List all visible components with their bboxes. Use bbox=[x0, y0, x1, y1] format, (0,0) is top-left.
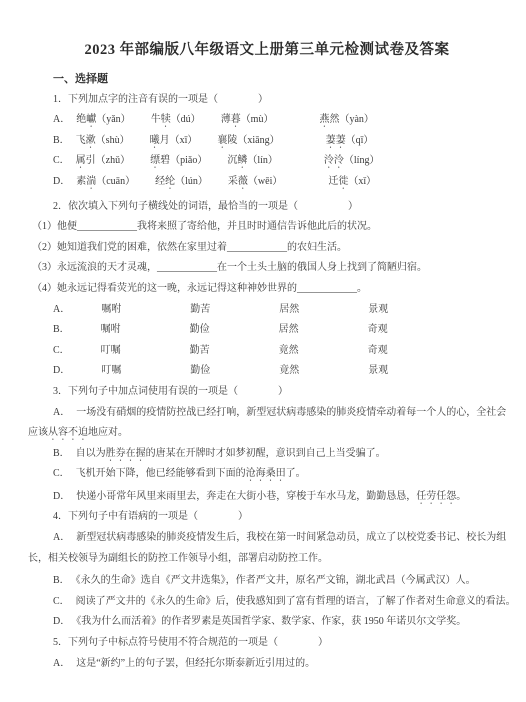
term: 素湍（cuān） bbox=[76, 176, 135, 187]
term-text: 绝 bbox=[76, 114, 86, 125]
option-label: D． bbox=[53, 491, 70, 502]
option-label: C． bbox=[53, 468, 70, 479]
test-paper-page: 2023 年部编版八年级语文上册第三单元检测试卷及答案 一、选择题 1．下列加点… bbox=[0, 0, 526, 702]
term: 绝巘（yǎn） bbox=[76, 114, 130, 125]
q2-stem: 2．依次填入下列句子横线处的词语，最恰当的一项是（ ） bbox=[28, 197, 520, 218]
q4-option-b: B．《永久的生命》选自《严文井选集》，作者严文井，原名严文锦，湖北武昌（今属武汉… bbox=[28, 571, 520, 592]
term-pinyin: （lín） bbox=[247, 155, 278, 166]
term-text: 经 bbox=[155, 176, 165, 187]
word-choice: 勤苦 bbox=[165, 341, 210, 362]
dotted-char: 泠泠 bbox=[324, 155, 344, 166]
term: 萋萋（qī） bbox=[326, 135, 374, 146]
option-text: 长，相关校领导为副组长的防控工作领导小组，部署启动防控工作。 bbox=[28, 553, 328, 564]
option-text: 新型冠状病毒感染的肺炎疫情发生后，我校在第一时间紧急动员，成立了以校党委书记、校… bbox=[76, 532, 506, 543]
option-text: 这是“新约”上的句子罢，但经托尔斯泰新近引用过的。 bbox=[76, 658, 315, 669]
option-label: D． bbox=[53, 616, 70, 627]
term: 经纶（lún） bbox=[155, 176, 208, 187]
term-pinyin: （lún） bbox=[175, 176, 208, 187]
term-pinyin: （shù） bbox=[96, 135, 130, 146]
option-text: 《我为什么而活着》的作者罗素是英国哲学家、数学家、作家，获 1950 年诺贝尔文… bbox=[76, 616, 466, 627]
dotted-char: 属 bbox=[76, 155, 86, 166]
word-choice: 居然 bbox=[254, 320, 299, 341]
dotted-word: 任劳任怨 bbox=[416, 491, 456, 502]
word-choice: 景观 bbox=[343, 361, 388, 382]
term-pinyin: （yǎn） bbox=[96, 114, 130, 125]
q3-option-b: B．自以为胜券在握的唐某在开牌时才如梦初醒，意识到自己上当受骗了。 bbox=[28, 444, 520, 465]
q3-option-a: A．一场没有硝烟的疫情防控战已经打响，新型冠状病毒感染的肺炎疫情牵动着每一个人的… bbox=[28, 403, 520, 444]
dotted-char: 漱 bbox=[86, 135, 96, 146]
term-text: 采 bbox=[228, 176, 238, 187]
option-text: 飞机开始下降，他已经能够看到下面的 bbox=[76, 468, 246, 479]
q2-item-2: （2）她知道我们党的困难，依然在家里过着____________的农妇生活。 bbox=[28, 238, 520, 259]
q1-option-a: A．绝巘（yǎn）牛犊（dú）薄暮（mù）燕然（yàn） bbox=[28, 110, 520, 131]
q3-option-d: D．快递小哥常年风里来雨里去，奔走在大街小巷，穿梭于车水马龙，勤勤恳恳，任劳任怨… bbox=[28, 487, 520, 508]
term-pinyin: 碧（piǎo） bbox=[160, 155, 207, 166]
option-label: B． bbox=[53, 135, 70, 146]
q3-option-c: C．飞机开始下降，他已经能够看到下面的沧海桑田了。 bbox=[28, 464, 520, 485]
q2-option-a: A．嘱咐勤苦居然景观 bbox=[28, 300, 520, 321]
term-text: 素 bbox=[76, 176, 86, 187]
option-text: 快递小哥常年风里来雨里去，奔走在大街小巷，穿梭于车水马龙，勤勤恳恳， bbox=[76, 491, 416, 502]
dotted-word: 沧海桑田 bbox=[246, 468, 286, 479]
dotted-char: 襄 bbox=[217, 135, 227, 146]
term: 迁徙（xǐ） bbox=[328, 176, 376, 187]
option-label: A． bbox=[53, 114, 70, 125]
term-pinyin: 陵（xiāng） bbox=[227, 135, 279, 146]
q4-option-d: D．《我为什么而活着》的作者罗素是英国哲学家、数学家、作家，获 1950 年诺贝… bbox=[28, 612, 520, 633]
option-text: 地应对。 bbox=[88, 427, 128, 438]
q2-item-4: （4）她永远记得看荧光的这一晚，永远记得这种神妙世界的____________。 bbox=[28, 279, 520, 300]
term-text: 飞 bbox=[76, 135, 86, 146]
dotted-word: 从容不迫 bbox=[48, 427, 88, 438]
term-pinyin: （mù） bbox=[241, 114, 274, 125]
term: 燕然（yàn） bbox=[319, 114, 373, 125]
term: 襄陵（xiāng） bbox=[217, 135, 279, 146]
word-choice: 居然 bbox=[254, 300, 299, 321]
dotted-char: 曦 bbox=[150, 135, 160, 146]
dotted-char: 纶 bbox=[165, 176, 175, 187]
term-pinyin: （dú） bbox=[171, 114, 201, 125]
q1-option-b: B．飞漱（shù）曦月（xī）襄陵（xiāng）萋萋（qī） bbox=[28, 131, 520, 152]
word-choice: 勤苦 bbox=[165, 300, 210, 321]
word-choice: 奇观 bbox=[343, 320, 388, 341]
dotted-char: 暮 bbox=[231, 114, 241, 125]
q5-stem: 5．下列句子中标点符号使用不符合规范的一项是（ ） bbox=[28, 633, 520, 654]
word-choice: 叮嘱 bbox=[76, 341, 121, 362]
dotted-word: 胜券在握 bbox=[106, 448, 146, 459]
dotted-char: 犊 bbox=[161, 114, 171, 125]
term-pinyin: （qī） bbox=[346, 135, 374, 146]
word-choice: 奇观 bbox=[343, 341, 388, 362]
word-choice: 竟然 bbox=[254, 361, 299, 382]
q4-option-c: C．阅读了严文井的《永久的生命》后，使我感知到了富有哲理的语言，了解了作者对生命… bbox=[28, 592, 520, 613]
option-label: A． bbox=[53, 658, 70, 669]
option-label: B． bbox=[53, 324, 70, 335]
option-label: D． bbox=[53, 365, 70, 376]
q1-option-c: C．属引（zhǔ）缥碧（piǎo）沉鳞（lín）泠泠（líng） bbox=[28, 151, 520, 172]
term-pinyin: （wēi） bbox=[248, 176, 282, 187]
dotted-char: 缥 bbox=[150, 155, 160, 166]
option-text: 。 bbox=[456, 491, 466, 502]
term: 曦月（xī） bbox=[150, 135, 198, 146]
option-label: C． bbox=[53, 155, 70, 166]
option-text: 《永久的生命》选自《严文井选集》，作者严文井，原名严文锦，湖北武昌（今属武汉）人… bbox=[76, 575, 476, 586]
word-choice: 勤俭 bbox=[165, 320, 210, 341]
word-choice: 勤俭 bbox=[165, 361, 210, 382]
q3-stem: 3．下列句子中加点词使用有误的一项是（ ） bbox=[28, 382, 520, 403]
dotted-char: 薇 bbox=[238, 176, 248, 187]
term: 缥碧（piǎo） bbox=[150, 155, 207, 166]
q1-stem: 1．下列加点字的注音有误的一项是（ ） bbox=[28, 90, 520, 111]
dotted-char: 湍 bbox=[86, 176, 96, 187]
option-label: C． bbox=[53, 596, 70, 607]
q5-option-a: A．这是“新约”上的句子罢，但经托尔斯泰新近引用过的。 bbox=[28, 654, 520, 675]
term: 薄暮（mù） bbox=[221, 114, 274, 125]
page-title: 2023 年部编版八年级语文上册第三单元检测试卷及答案 bbox=[28, 40, 506, 60]
term-text: 牛 bbox=[151, 114, 161, 125]
word-choice: 嘱咐 bbox=[76, 300, 121, 321]
option-label: A． bbox=[53, 407, 70, 418]
term-text: 沉 bbox=[227, 155, 237, 166]
q2-item-1: （1）他便____________我将来照了寄给他，并且时时通信告诉他此后的状况… bbox=[28, 217, 520, 238]
term-pinyin: 引（zhǔ） bbox=[86, 155, 130, 166]
option-label: A． bbox=[53, 304, 70, 315]
option-text: 了。 bbox=[286, 468, 306, 479]
q4-stem: 4．下列句子中有语病的一项是（ ） bbox=[28, 507, 520, 528]
dotted-char: 萋萋 bbox=[326, 135, 346, 146]
option-text: 自以为 bbox=[76, 448, 106, 459]
term-pinyin: （xǐ） bbox=[348, 176, 376, 187]
term-pinyin: 月（xī） bbox=[160, 135, 198, 146]
word-choice: 叮嘱 bbox=[76, 361, 121, 382]
option-label: B． bbox=[53, 575, 70, 586]
dotted-char: 燕 bbox=[319, 114, 329, 125]
option-text: 一场没有硝烟的疫情防控战已经打响，新型冠状病毒感染的肺炎疫情牵动着每一个人的心，… bbox=[76, 407, 506, 418]
option-label: D． bbox=[53, 176, 70, 187]
option-text: 的唐某在开牌时才如梦初醒，意识到自己上当受骗了。 bbox=[146, 448, 386, 459]
term-pinyin: 然（yàn） bbox=[329, 114, 373, 125]
q2-option-d: D．叮嘱勤俭竟然景观 bbox=[28, 361, 520, 382]
term: 沉鳞（lín） bbox=[227, 155, 278, 166]
option-label: A． bbox=[53, 532, 70, 543]
dotted-char: 徙 bbox=[338, 176, 348, 187]
term: 属引（zhǔ） bbox=[76, 155, 130, 166]
section-heading: 一、选择题 bbox=[28, 69, 520, 90]
term-pinyin: （líng） bbox=[344, 155, 380, 166]
word-choice: 嘱咐 bbox=[76, 320, 121, 341]
q2-option-c: C．叮嘱勤苦竟然奇观 bbox=[28, 341, 520, 362]
dotted-char: 巘 bbox=[86, 114, 96, 125]
term-pinyin: （cuān） bbox=[96, 176, 135, 187]
term: 采薇（wēi） bbox=[228, 176, 282, 187]
option-label: B． bbox=[53, 448, 70, 459]
q4-option-a: A．新型冠状病毒感染的肺炎疫情发生后，我校在第一时间紧急动员，成立了以校党委书记… bbox=[28, 528, 520, 569]
term-text: 迁 bbox=[328, 176, 338, 187]
word-choice: 竟然 bbox=[254, 341, 299, 362]
option-text: 应该 bbox=[28, 427, 48, 438]
dotted-char: 鳞 bbox=[237, 155, 247, 166]
q2-option-b: B．嘱咐勤俭居然奇观 bbox=[28, 320, 520, 341]
term: 泠泠（líng） bbox=[324, 155, 380, 166]
q2-item-3: （3）永远流浪的天才灵魂，____________在一个土头土脑的俄国人身上找到… bbox=[28, 258, 520, 279]
term: 牛犊（dú） bbox=[151, 114, 201, 125]
term: 飞漱（shù） bbox=[76, 135, 130, 146]
term-text: 薄 bbox=[221, 114, 231, 125]
word-choice: 景观 bbox=[343, 300, 388, 321]
option-text: 阅读了严文井的《永久的生命》后，使我感知到了富有哲理的语言，了解了作者对生命意义… bbox=[76, 596, 516, 607]
option-label: C． bbox=[53, 345, 70, 356]
q1-option-d: D．素湍（cuān）经纶（lún）采薇（wēi）迁徙（xǐ） bbox=[28, 172, 520, 193]
